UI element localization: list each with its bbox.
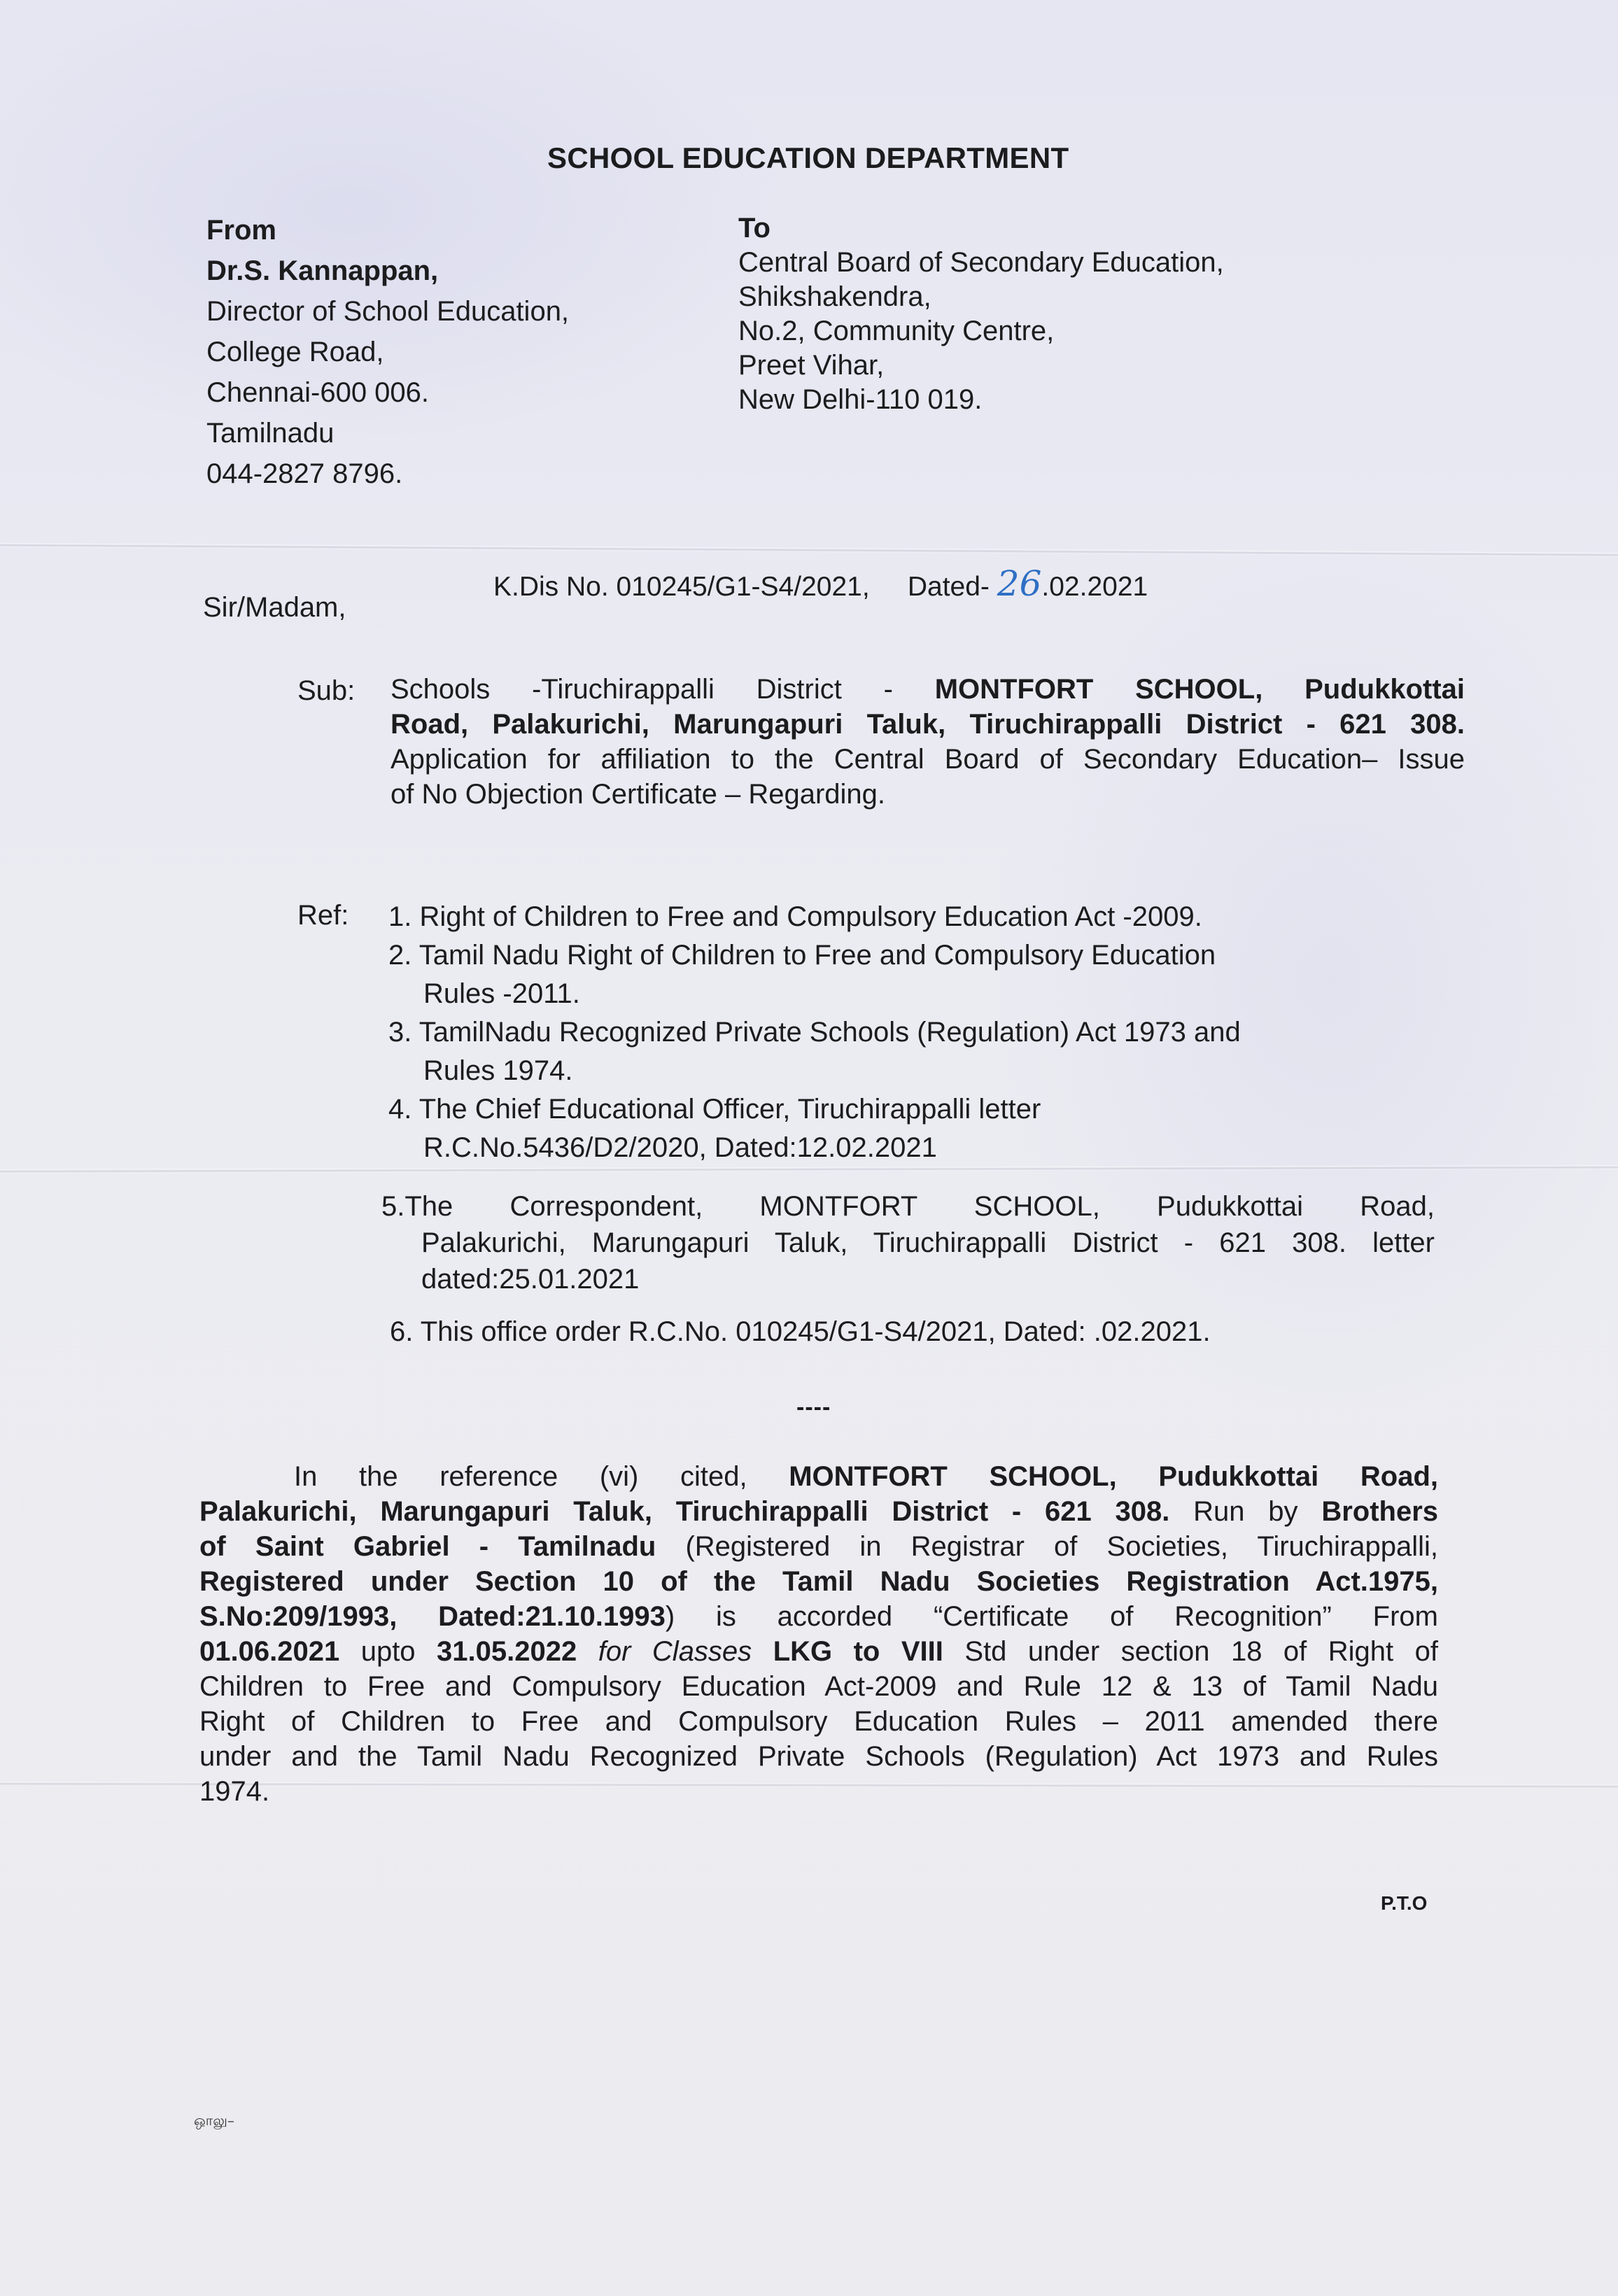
reference-item: 2. Tamil Nadu Right of Children to Free … (388, 936, 1241, 975)
school-name: MONTFORT SCHOOL, Pudukkottai Road, (789, 1461, 1438, 1492)
sender-name: Dr.S. Kannappan, (206, 251, 569, 291)
reference-item-continuation: Rules -2011. (388, 975, 1241, 1013)
recipient-line: No.2, Community Centre, (738, 314, 1224, 348)
reference-item-5: 5.The Correspondent, MONTFORT SCHOOL, Pu… (381, 1188, 1435, 1297)
sender-line: 044-2827 8796. (206, 453, 569, 494)
date-suffix: .02.2021 (1041, 572, 1148, 602)
society-name: Brothers (1321, 1496, 1438, 1527)
body-line: Palakurichi, Marungapuri Taluk, Tiruchir… (199, 1494, 1438, 1529)
registration-details: S.No:209/1993, Dated:21.10.1993 (199, 1601, 666, 1632)
salutation: Sir/Madam, (203, 590, 346, 625)
validity-start: 01.06.2021 (199, 1636, 339, 1667)
body-line: Children to Free and Compulsory Educatio… (199, 1669, 1438, 1704)
reference-item-continuation: dated:25.01.2021 (381, 1261, 1435, 1297)
sender-line: Chennai-600 006. (206, 372, 569, 413)
reference-item: 6. This office order R.C.No. 010245/G1-S… (390, 1314, 1211, 1349)
body-line: 01.06.2021 upto 31.05.2022 for Classes L… (199, 1634, 1438, 1669)
document-title: SCHOOL EDUCATION DEPARTMENT (547, 140, 1069, 177)
class-range: LKG to VIII (773, 1636, 943, 1667)
body-line: Registered under Section 10 of the Tamil… (199, 1564, 1438, 1599)
section-divider: ---- (796, 1393, 831, 1423)
reference-number-prefix: K.Dis No. 010245/G1-S4/2021, (493, 572, 870, 602)
references-label: Ref: (297, 898, 349, 933)
body-line: S.No:209/1993, Dated:21.10.1993) is acco… (199, 1599, 1438, 1634)
subject-text-part: Schools -Tiruchirappalli District - (391, 674, 935, 705)
body-text: (Registered in Registrar of Societies, T… (656, 1531, 1438, 1562)
body-text: In the reference (vi) cited, (294, 1461, 789, 1492)
reference-item: 3. TamilNadu Recognized Private Schools … (388, 1013, 1241, 1052)
subject-line: Application for affiliation to the Centr… (391, 742, 1465, 777)
sender-line: Director of School Education, (206, 291, 569, 332)
reference-item-continuation: R.C.No.5436/D2/2020, Dated:12.02.2021 (388, 1129, 1241, 1167)
dated-label: Dated- (908, 572, 990, 602)
subject-line: of No Objection Certificate – Regarding. (391, 777, 1465, 812)
validity-end: 31.05.2022 (437, 1636, 577, 1667)
school-address: Palakurichi, Marungapuri Taluk, Tiruchir… (199, 1496, 1169, 1527)
subject-label: Sub: (297, 673, 355, 708)
recipient-line: Central Board of Secondary Education, (738, 246, 1224, 280)
body-line: In the reference (vi) cited, MONTFORT SC… (199, 1459, 1438, 1494)
society-name: of Saint Gabriel - Tamilnadu (199, 1531, 656, 1562)
body-paragraph: In the reference (vi) cited, MONTFORT SC… (199, 1459, 1438, 1809)
body-text: Std under section 18 of Right of (943, 1636, 1438, 1667)
from-label: From (206, 210, 569, 251)
reference-number: K.Dis No. 010245/G1-S4/2021, Dated- 26.0… (493, 562, 1148, 606)
body-text: upto (339, 1636, 437, 1667)
sender-line: College Road, (206, 332, 569, 372)
references-list: 1. Right of Children to Free and Compuls… (388, 898, 1241, 1167)
subject-line: Road, Palakurichi, Marungapuri Taluk, Ti… (391, 707, 1465, 742)
body-line: of Saint Gabriel - Tamilnadu (Registered… (199, 1529, 1438, 1564)
handwritten-initials: ஒாலு– (194, 2112, 234, 2129)
to-label: To (738, 211, 1224, 246)
subject-text: Schools -Tiruchirappalli District - MONT… (391, 672, 1465, 812)
body-line: 1974. (199, 1774, 1438, 1809)
recipient-line: New Delhi-110 019. (738, 383, 1224, 417)
page-turn-over-note: P.T.O (1381, 1891, 1427, 1915)
subject-line: Schools -Tiruchirappalli District - MONT… (391, 672, 1465, 707)
recipient-address: To Central Board of Secondary Education,… (738, 211, 1224, 417)
body-line: Right of Children to Free and Compulsory… (199, 1704, 1438, 1739)
reference-item: 1. Right of Children to Free and Compuls… (388, 898, 1241, 936)
handwritten-day: 26 (997, 563, 1042, 604)
body-text: for Classes (577, 1636, 773, 1667)
reference-item: 4. The Chief Educational Officer, Tiruch… (388, 1090, 1241, 1129)
school-name: MONTFORT SCHOOL, Pudukkottai (935, 674, 1465, 705)
recipient-line: Preet Vihar, (738, 348, 1224, 383)
body-text: ) is accorded “Certificate of Recognitio… (666, 1601, 1438, 1632)
reference-item-continuation: Palakurichi, Marungapuri Taluk, Tiruchir… (381, 1225, 1435, 1261)
sender-address: From Dr.S. Kannappan, Director of School… (206, 210, 569, 494)
recipient-line: Shikshakendra, (738, 280, 1224, 314)
reference-item-continuation: Rules 1974. (388, 1052, 1241, 1090)
body-text: Run by (1169, 1496, 1321, 1527)
reference-item: 5.The Correspondent, MONTFORT SCHOOL, Pu… (381, 1188, 1435, 1225)
body-line: under and the Tamil Nadu Recognized Priv… (199, 1739, 1438, 1774)
sender-line: Tamilnadu (206, 413, 569, 453)
